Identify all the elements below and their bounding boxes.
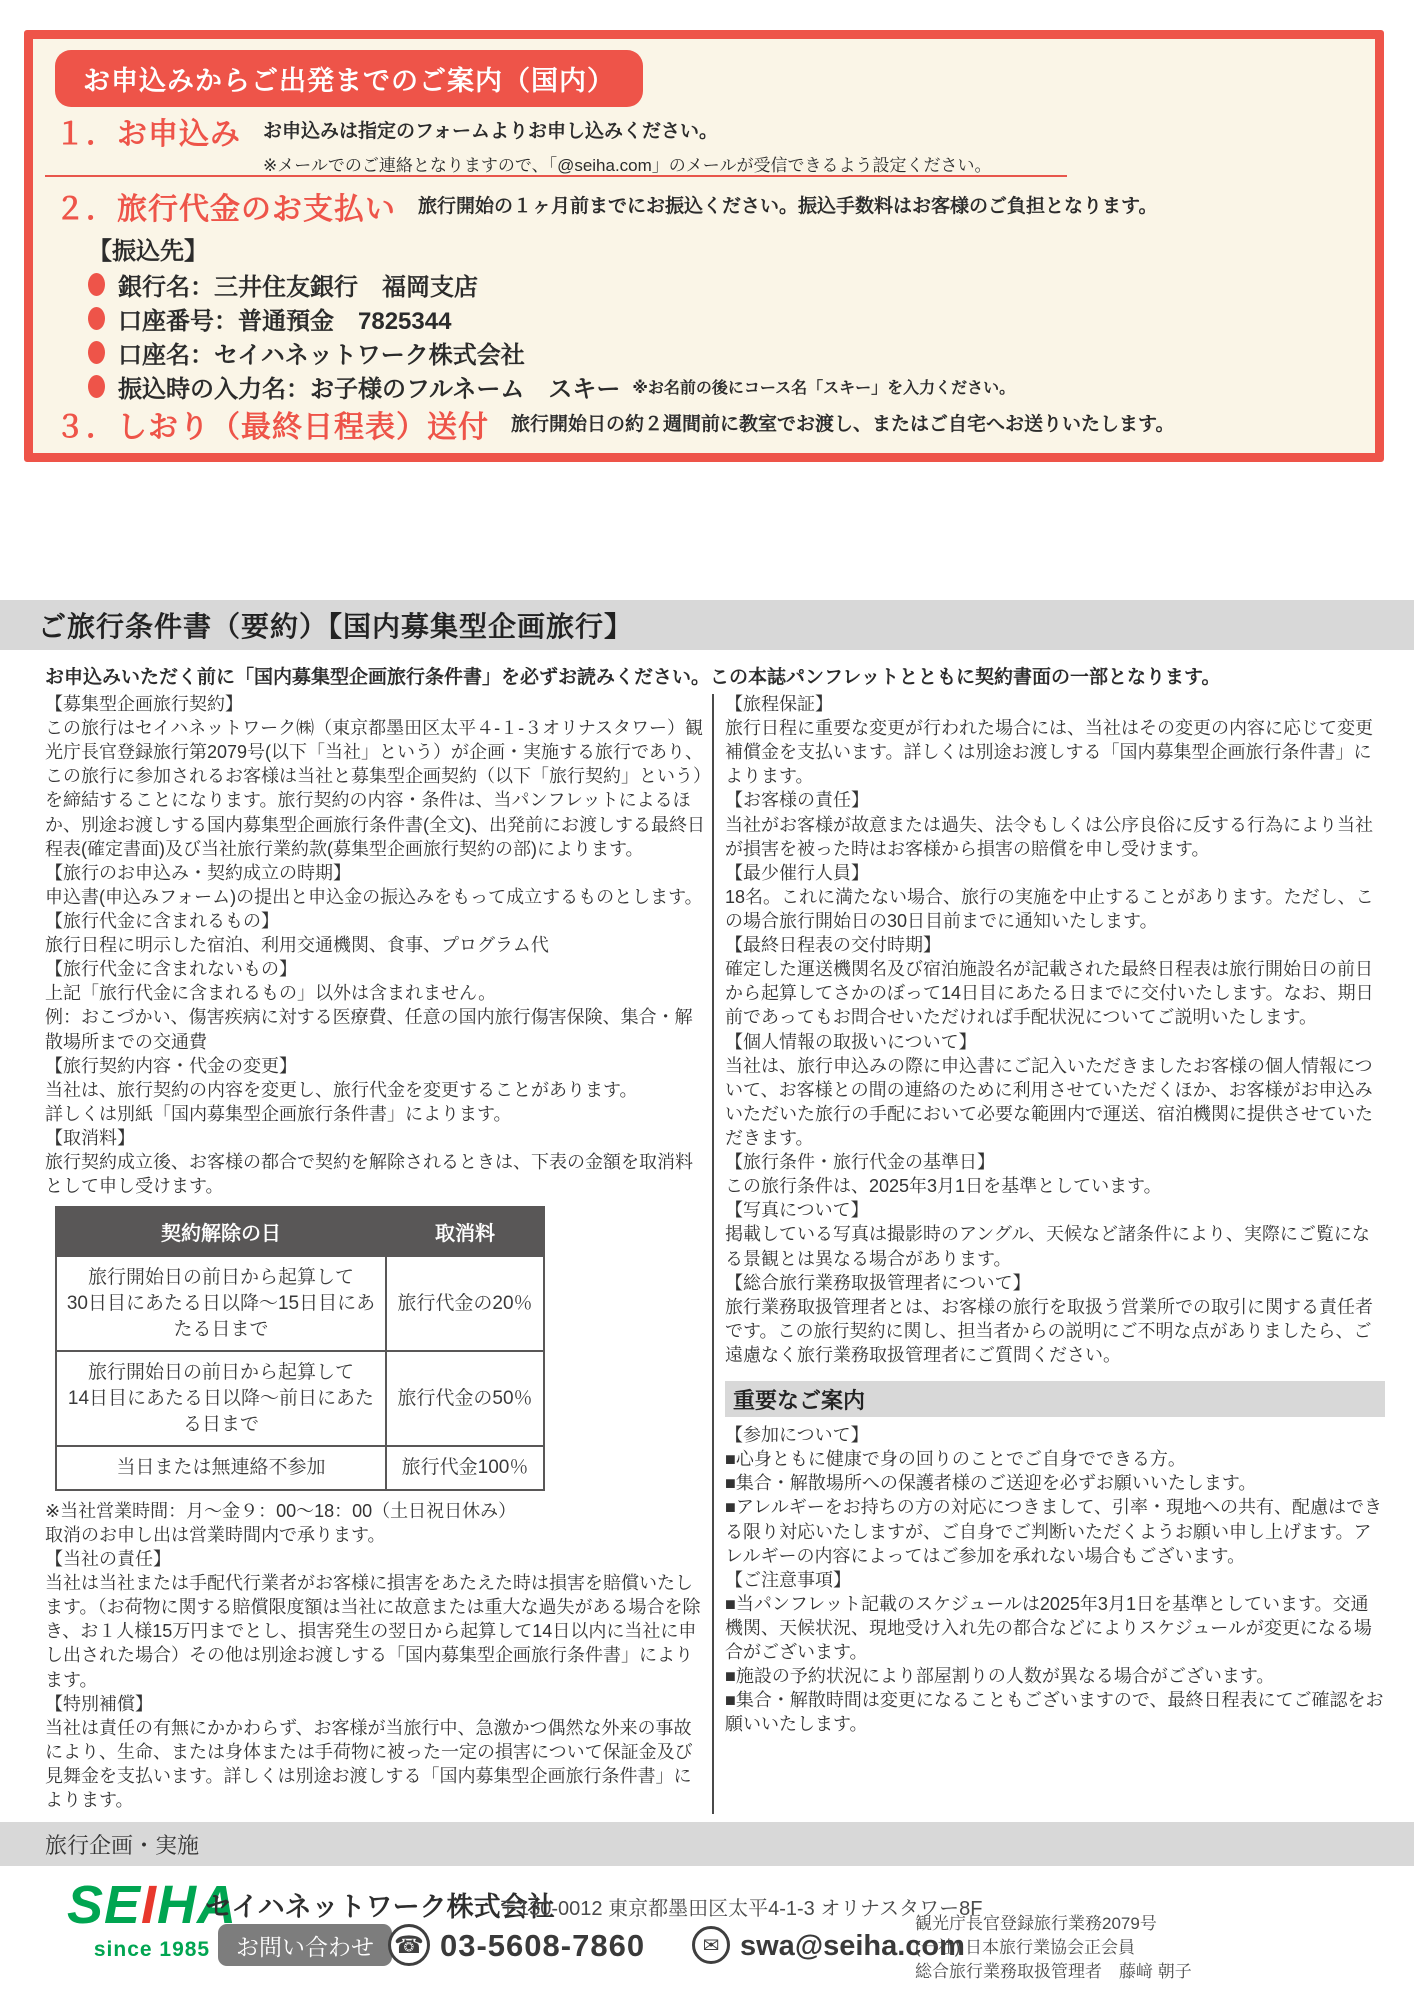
cancel-fee-table: 契約解除の日 取消料 旅行開始日の前日から起算して 30日目にあたる日以降～15… [55,1206,545,1490]
bank-item-label: 口座番号：普通預金 7825344 [118,301,451,336]
cond-paragraph: 当社は責任の有無にかかわらず、お客様が当旅行中、急激かつ偶然な外来の事故により、… [45,1716,705,1812]
footer-bar: 旅行企画・実施 [0,1822,1414,1866]
table-row: 当日または無連絡不参加 旅行代金100％ [56,1446,544,1490]
cond-paragraph: 確定した運送機関名及び宿泊施設名が記載された最終日程表は旅行開始日の前日から起算… [725,957,1385,1029]
step-2-desc-main: 旅行開始の１ヶ月前までにお振込ください。振込手数料はお客様のご負担となります。 [418,191,1157,218]
pamphlet-page: お申込みからご出発までのご案内（国内） １．お申込み お申込みは指定のフォームよ… [0,0,1414,2000]
cond-paragraph: 【お客様の責任】 [725,788,1385,812]
bank-item-label: 振込時の入力名：お子様のフルネーム スキー [118,369,620,404]
column-divider [712,694,714,1814]
step-2-row: ２．旅行代金のお支払い 旅行開始の１ヶ月前までにお振込ください。振込手数料はお客… [55,184,1157,228]
cond-paragraph: 【最少催行人員】 [725,861,1385,885]
phone-icon: ☎ [388,1924,430,1966]
step-3-desc: 旅行開始日の約２週間前に教室でお渡し、またはご自宅へお送りいたします。 [511,402,1174,436]
step-2-label: ２．旅行代金のお支払い [55,184,396,228]
bank-item-holder: 口座名：セイハネットワーク株式会社 [88,335,525,370]
cond-paragraph: 旅行業務取扱管理者とは、お客様の旅行を取扱う営業所での取引に関する責任者です。こ… [725,1295,1385,1367]
cond-paragraph: 旅行日程に重要な変更が行われた場合には、当社はその変更の内容に応じて変更補償金を… [725,716,1385,788]
footer-bar-title: 旅行企画・実施 [45,1829,199,1860]
table-header-fee: 取消料 [386,1207,544,1256]
cancel-fee: 旅行代金の50％ [386,1351,544,1446]
cond-paragraph: 当社がお客様が故意または過失、法令もしくは公序良俗に反する行為により当社が損害を… [725,813,1385,861]
registration-line: 総合旅行業務取扱管理者 藤﨑 朝子 [915,1960,1192,1984]
important-notice-bar: 重要なご案内 [725,1381,1385,1417]
cond-paragraph: 当社は、旅行申込みの際に申込書にご記入いただきましたお客様の個人情報について、お… [725,1054,1385,1150]
cond-paragraph: 例：おこづかい、傷害疾病に対する医療費、任意の国内旅行傷害保険、集合・解散場所ま… [45,1005,705,1053]
step-3-label: ３．しおり（最終日程表）送付 [55,402,489,446]
important-notice-title: 重要なご案内 [733,1384,865,1415]
cond-paragraph: ※当社営業時間：月～金９：00～18：00（土日祝日休み） [45,1499,705,1523]
cancel-fee: 旅行代金の20％ [386,1256,544,1351]
step-1-desc-main: お申込みは指定のフォームよりお申し込みください。 [263,116,991,143]
bank-item-label: 口座名：セイハネットワーク株式会社 [118,335,525,370]
cond-paragraph: 【当社の責任】 [45,1547,705,1571]
cancel-fee: 旅行代金100％ [386,1446,544,1490]
step-divider [45,175,1067,177]
bank-item-label: 銀行名：三井住友銀行 福岡支店 [118,267,478,302]
cond-paragraph: ■心身ともに健康で身の回りのことでご自身でできる方。 [725,1447,1385,1471]
cond-paragraph: 【参加について】 [725,1423,1385,1447]
conditions-section-title: ご旅行条件書（要約）【国内募集型企画旅行】 [38,605,633,645]
bank-heading: 【振込先】 [88,231,208,266]
cond-paragraph: この旅行はセイハネットワーク㈱（東京都墨田区太平４-１-３オリナスタワー）観光庁… [45,716,705,861]
table-header-row: 契約解除の日 取消料 [56,1207,544,1256]
cond-paragraph: ■集合・解散時間は変更になることもございますので、最終日程表にてご確認をお願いい… [725,1688,1385,1736]
cond-paragraph: 【旅行契約内容・代金の変更】 [45,1054,705,1078]
conditions-section-bar: ご旅行条件書（要約）【国内募集型企画旅行】 [0,600,1414,650]
cond-paragraph: 【募集型企画旅行契約】 [45,692,705,716]
cancel-period: 旅行開始日の前日から起算して 30日目にあたる日以降～15日目にあたる日まで [56,1256,386,1351]
cond-paragraph: 取消のお申し出は営業時間内で承ります。 [45,1523,705,1547]
table-row: 旅行開始日の前日から起算して 14日目にあたる日以降～前日にあたる日まで 旅行代… [56,1351,544,1446]
cond-paragraph: ■施設の予約状況により部屋割りの人数が異なる場合がございます。 [725,1664,1385,1688]
step-2-desc: 旅行開始の１ヶ月前までにお振込ください。振込手数料はお客様のご負担となります。 [418,184,1157,218]
step-1-label: １．お申込み [55,109,241,153]
registration-info: 観光庁長官登録旅行業務2079号 (一社) 日本旅行業協会正会員 総合旅行業務取… [915,1912,1192,1983]
cond-paragraph: 掲載している写真は撮影時のアングル、天候など諸条件により、実際にご覧になる景観と… [725,1222,1385,1270]
cond-paragraph: ■当パンフレット記載のスケジュールは2025年3月1日を基準としています。交通機… [725,1592,1385,1664]
cond-paragraph: この旅行条件は、2025年3月1日を基準としています。 [725,1174,1385,1198]
step-3-row: ３．しおり（最終日程表）送付 旅行開始日の約２週間前に教室でお渡し、またはご自宅… [55,402,1174,446]
cond-paragraph: 当社は当社または手配代行業者がお客様に損害をあたえた時は損害を賠償いたします。（… [45,1571,705,1692]
company-address: 〒130-0012 東京都墨田区太平4-1-3 オリナスタワー8F [498,1892,982,1921]
registration-line: (一社) 日本旅行業協会正会員 [915,1936,1192,1960]
cond-paragraph: 申込書(申込みフォーム)の提出と申込金の振込みをもって成立するものとします。 [45,885,705,909]
cond-paragraph: 【写真について】 [725,1198,1385,1222]
phone-number: 03-5608-7860 [440,1928,645,1964]
cond-paragraph: 【個人情報の取扱いについて】 [725,1030,1385,1054]
conditions-left-column: 【募集型企画旅行契約】 この旅行はセイハネットワーク㈱（東京都墨田区太平４-１-… [45,692,705,1812]
cond-paragraph: 旅行日程に明示した宿泊、利用交通機関、食事、プログラム代 [45,933,705,957]
cond-paragraph: 当社は、旅行契約の内容を変更し、旅行代金を変更することがあります。 [45,1078,705,1102]
cond-paragraph: ■アレルギーをお持ちの方の対応につきまして、引率・現地への共有、配慮はできる限り… [725,1495,1385,1567]
step-1-desc-note: ※メールでのご連絡となりますので、「@seiha.com」のメールが受信できるよ… [263,151,991,176]
table-row: 旅行開始日の前日から起算して 30日目にあたる日以降～15日目にあたる日まで 旅… [56,1256,544,1351]
mail-icon: ✉ [692,1926,730,1964]
cond-paragraph: 上記「旅行代金に含まれるもの」以外は含まれません。 [45,981,705,1005]
cond-paragraph: 詳しくは別紙「国内募集型企画旅行条件書」によります。 [45,1102,705,1126]
seiha-logo-i: I [141,1875,157,1935]
cond-paragraph: 【特別補償】 [45,1692,705,1716]
cancel-period: 旅行開始日の前日から起算して 14日目にあたる日以降～前日にあたる日まで [56,1351,386,1446]
registration-line: 観光庁長官登録旅行業務2079号 [915,1912,1192,1936]
cond-paragraph: 【総合旅行業務取扱管理者について】 [725,1271,1385,1295]
cond-paragraph: 【最終日程表の交付時期】 [725,933,1385,957]
step-1-row: １．お申込み お申込みは指定のフォームよりお申し込みください。 ※メールでのご連… [55,109,991,176]
bank-item-transfer-name: 振込時の入力名：お子様のフルネーム スキー ※お名前の後にコース名「スキー」を入… [88,369,1015,404]
cond-paragraph: 【旅行代金に含まれないもの】 [45,957,705,981]
cond-paragraph: 旅行契約成立後、お客様の都合で契約を解除されるときは、下表の金額を取消料として申… [45,1150,705,1198]
bank-item-number: 口座番号：普通預金 7825344 [88,301,451,336]
bank-item-name: 銀行名：三井住友銀行 福岡支店 [88,267,478,302]
bullet-dot-icon [88,375,105,398]
cond-paragraph: 【取消料】 [45,1126,705,1150]
cond-paragraph: 【ご注意事項】 [725,1568,1385,1592]
conditions-right-column: 【旅程保証】 旅行日程に重要な変更が行われた場合には、当社はその変更の内容に応じ… [725,692,1385,1736]
cond-paragraph: 【旅行のお申込み・契約成立の時期】 [45,861,705,885]
guide-box: お申込みからご出発までのご案内（国内） １．お申込み お申込みは指定のフォームよ… [24,30,1384,462]
guide-title-badge: お申込みからご出発までのご案内（国内） [55,50,643,107]
bullet-dot-icon [88,341,105,364]
contact-button[interactable]: お問い合わせ [218,1924,392,1966]
bullet-dot-icon [88,307,105,330]
cond-paragraph: 18名。これに満たない場合、旅行の実施を中止することがあります。ただし、この場合… [725,885,1385,933]
step-1-desc: お申込みは指定のフォームよりお申し込みください。 ※メールでのご連絡となりますの… [263,109,991,176]
conditions-intro: お申込みいただく前に「国内募集型企画旅行条件書」を必ずお読みください。この本誌パ… [45,662,1385,689]
cancel-period: 当日または無連絡不参加 [56,1446,386,1490]
conditions-columns: 【募集型企画旅行契約】 この旅行はセイハネットワーク㈱（東京都墨田区太平４-１-… [45,692,1369,1817]
bank-item-note: ※お名前の後にコース名「スキー」を入力ください。 [632,375,1015,398]
bullet-dot-icon [88,273,105,296]
table-header-period: 契約解除の日 [56,1207,386,1256]
cond-paragraph: 【旅行代金に含まれるもの】 [45,909,705,933]
step-3-desc-main: 旅行開始日の約２週間前に教室でお渡し、またはご自宅へお送りいたします。 [511,409,1174,436]
cond-paragraph: ■集合・解散場所への保護者様のご送迎を必ずお願いいたします。 [725,1471,1385,1495]
cond-paragraph: 【旅行条件・旅行代金の基準日】 [725,1150,1385,1174]
cond-paragraph: 【旅程保証】 [725,692,1385,716]
